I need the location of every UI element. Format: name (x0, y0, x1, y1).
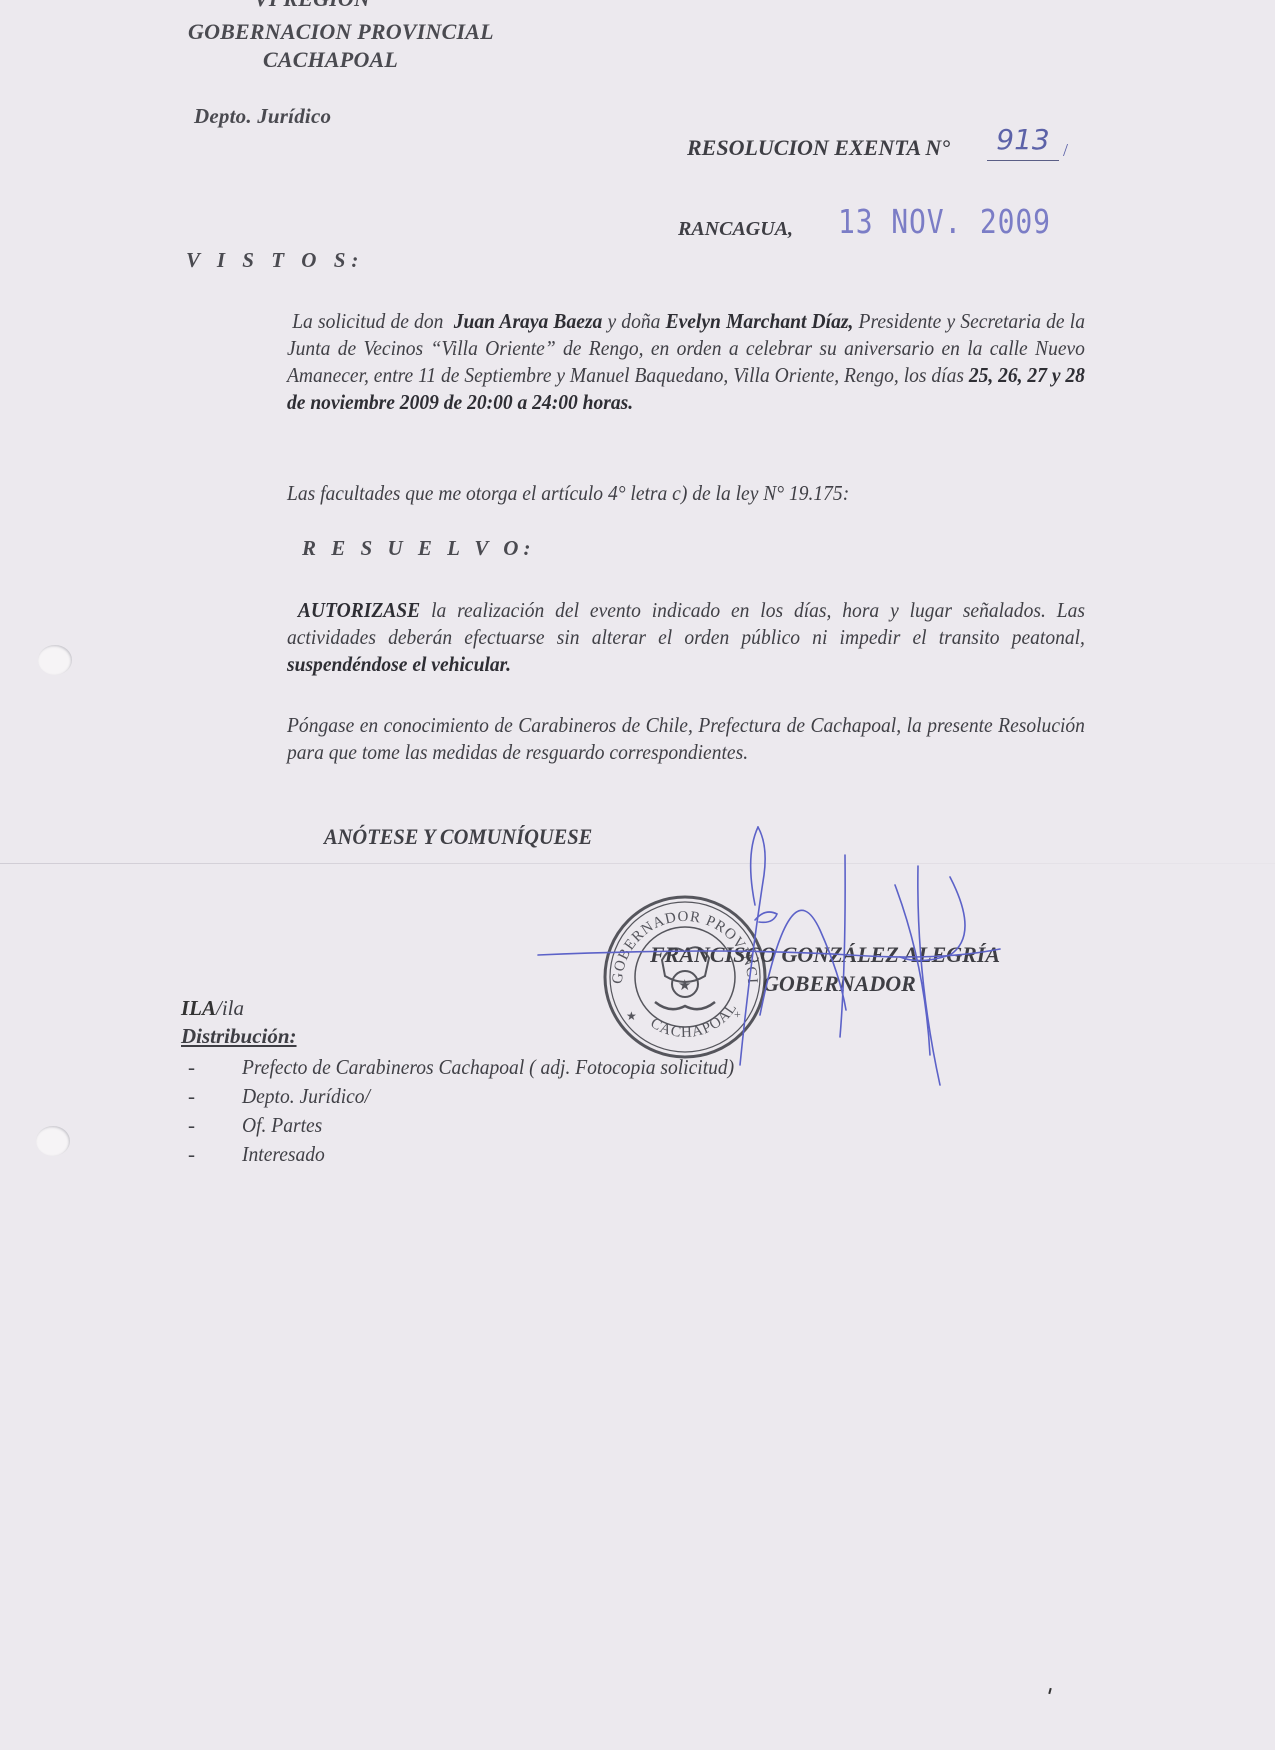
request-intro: La solicitud de don (292, 309, 443, 333)
paper-fold-line (0, 863, 1275, 864)
punch-hole (38, 645, 72, 675)
header-region: VI REGION (254, 0, 370, 12)
svg-text:★: ★ (678, 978, 691, 994)
requester-1: Juan Araya Baeza (454, 309, 603, 333)
paper-speck (1048, 1688, 1051, 1694)
header-province: CACHAPOAL (263, 47, 398, 73)
vistos-heading: V I S T O S: (186, 248, 364, 273)
date-stamp: 13 NOV. 2009 (838, 202, 1051, 241)
resolution-number-slash: / (1063, 140, 1068, 161)
request-conj: y doña (607, 309, 660, 333)
list-item: -Prefecto de Carabineros Cachapoal ( adj… (178, 1053, 771, 1082)
vistos-request-paragraph: La solicitud de don Juan Araya Baeza y d… (287, 308, 1085, 416)
punch-hole (36, 1126, 70, 1156)
list-item: -Depto. Jurídico/ (178, 1082, 771, 1111)
city-label: RANCAGUA, (678, 218, 793, 241)
notification-paragraph: Póngase en conocimiento de Carabineros d… (287, 712, 1085, 766)
drafter-initials: ILA/ila (181, 996, 244, 1021)
svg-text:+: + (734, 1007, 741, 1021)
list-item: -Interesado (178, 1140, 771, 1169)
signatory-name: FRANCISCO GONZÁLEZ ALEGRÍA (650, 942, 1000, 968)
resolution-number: 913 (987, 120, 1059, 161)
authorization-paragraph: AUTORIZASE la realización del evento ind… (287, 597, 1085, 678)
list-item: -Of. Partes (178, 1111, 771, 1140)
header-department: Depto. Jurídico (194, 104, 331, 129)
authorize-tail: suspendéndose el vehicular. (287, 652, 511, 676)
distribution-title: Distribución: (181, 1024, 297, 1049)
resuelvo-heading: R E S U E L V O: (302, 536, 535, 561)
vistos-powers-paragraph: Las facultades que me otorga el artículo… (287, 480, 1085, 507)
header-agency: GOBERNACION PROVINCIAL (188, 19, 494, 45)
resolution-title: RESOLUCION EXENTA N° (687, 135, 950, 161)
svg-text:★: ★ (626, 1009, 637, 1023)
closing-formula: ANÓTESE Y COMUNÍQUESE (324, 824, 592, 850)
official-seal: GOBERNADOR PROVINCIAL CACHAPOAL ★ + ★ (600, 892, 770, 1062)
distribution-list: -Prefecto de Carabineros Cachapoal ( adj… (178, 1053, 771, 1169)
signatory-role: GOBERNADOR (763, 971, 916, 997)
svg-text:GOBERNADOR PROVINCIAL: GOBERNADOR PROVINCIAL (600, 892, 760, 985)
authorize-keyword: AUTORIZASE (298, 598, 420, 622)
requester-2: Evelyn Marchant Díaz, (666, 309, 854, 333)
